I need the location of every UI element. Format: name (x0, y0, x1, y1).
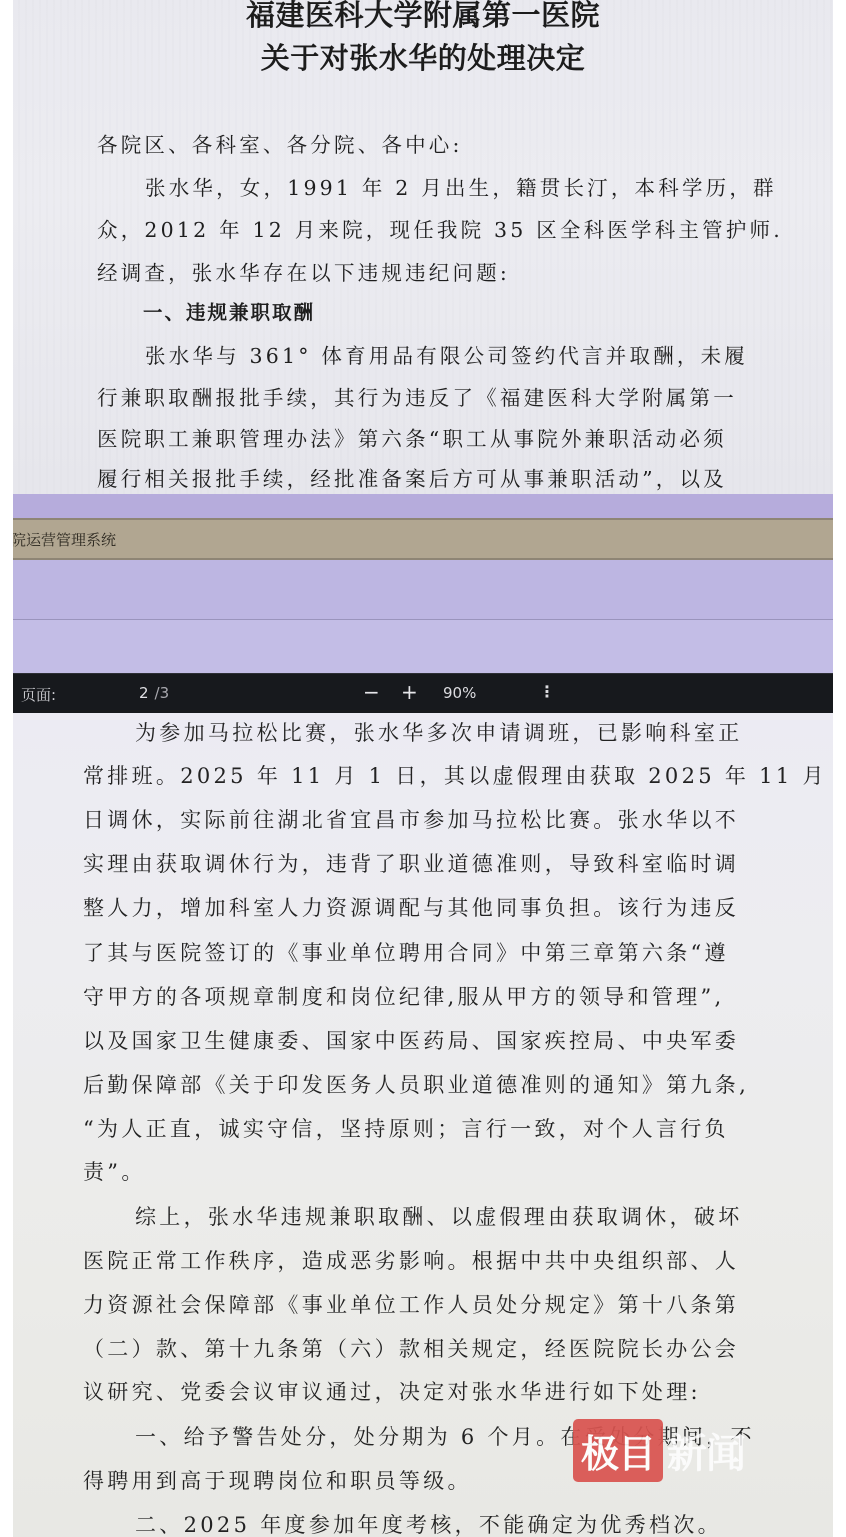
paragraph-line: 常排班。2025 年 11 月 1 日，其以虚假理由获取 2025 年 11 月… (83, 760, 833, 790)
current-page-input[interactable]: 2 (139, 684, 149, 702)
zoom-out-button[interactable]: − (363, 680, 380, 704)
paragraph-line: 履行相关报批手续，经批准备案后方可从事兼职活动”，以及 (97, 462, 727, 492)
pdf-viewer-toolbar: 页面: 2/3 − + 90% ⋮ (13, 673, 833, 714)
paragraph-line: 经调查，张水华存在以下违规违纪问题: (97, 256, 510, 286)
window-background (13, 494, 833, 518)
paragraph-line: 以及国家卫生健康委、国家中医药局、国家疾控局、中央军委 (83, 1025, 739, 1055)
news-watermark: 极目 新闻 (573, 1419, 745, 1481)
paragraph-line: 日调休，实际前往湖北省宜昌市参加马拉松比赛。张水华以不 (83, 804, 739, 834)
more-options-icon[interactable]: ⋮ (539, 682, 555, 701)
monitor-screen: 福建医科大学附属第一医院 关于对张水华的处理决定 各院区、各科室、各分院、各中心… (13, 0, 833, 1537)
document-title-line-1: 福建医科大学附属第一医院 (13, 0, 833, 34)
document-title-line-2: 关于对张水华的处理决定 (13, 36, 833, 77)
zoom-in-button[interactable]: + (401, 680, 418, 704)
watermark-logo-box: 极目 (573, 1419, 663, 1482)
paragraph-line: “为人正直，诚实守信，坚持原则；言行一致，对个人言行负 (83, 1113, 729, 1143)
paragraph-line: （二）款、第十九条第（六）款相关规定，经医院院长办公会 (83, 1333, 739, 1363)
app-subheader-panel (13, 620, 833, 673)
paragraph-line: 实理由获取调休行为，违背了职业道德准则，导致科室临时调 (83, 848, 739, 878)
decision-item-2: 二、2025 年度参加年度考核，不能确定为优秀档次。 (135, 1509, 722, 1537)
paragraph-line: 张水华，女，1991 年 2 月出生，籍贯长汀，本科学历，群 (145, 171, 777, 201)
paragraph-line: 整人力，增加科室人力资源调配与其他同事负担。该行为违反 (83, 892, 739, 922)
paragraph-line: 张水华与 361° 体育用品有限公司签约代言并取酬，未履 (145, 339, 748, 369)
app-title-bar: 院运营管理系统 (13, 518, 833, 560)
page-label: 页面: (21, 684, 56, 705)
app-title: 院运营管理系统 (13, 529, 116, 550)
paragraph-line: 了其与医院签订的《事业单位聘用合同》中第三章第六条“遵 (83, 937, 729, 967)
paragraph-line: 力资源社会保障部《事业单位工作人员处分规定》第十八条第 (83, 1289, 739, 1319)
total-pages: /3 (155, 684, 170, 702)
paragraph-line: 责”。 (83, 1156, 146, 1186)
paragraph-line: 综上，张水华违规兼职取酬、以虚假理由获取调休，破坏 (135, 1201, 743, 1231)
document-page-2: 为参加马拉松比赛，张水华多次申请调班，已影响科室正 常排班。2025 年 11 … (13, 713, 833, 1537)
paragraph-line: 后勤保障部《关于印发医务人员职业道德准则的通知》第九条, (83, 1069, 749, 1099)
document-page-1: 福建医科大学附属第一医院 关于对张水华的处理决定 各院区、各科室、各分院、各中心… (13, 0, 833, 494)
section-heading: 一、违规兼职取酬 (143, 297, 315, 325)
page-indicator[interactable]: 2/3 (139, 684, 169, 702)
paragraph-line: 为参加马拉松比赛，张水华多次申请调班，已影响科室正 (135, 717, 743, 747)
app-header-panel (13, 560, 833, 620)
paragraph-line: 守甲方的各项规章制度和岗位纪律,服从甲方的领导和管理”, (83, 981, 724, 1011)
watermark-logo-text: 新闻 (667, 1422, 745, 1479)
addressee-line: 各院区、各科室、各分院、各中心: (97, 128, 463, 158)
paragraph-line: 医院正常工作秩序，造成恶劣影响。根据中共中央组织部、人 (83, 1245, 739, 1275)
zoom-level[interactable]: 90% (443, 684, 476, 702)
paragraph-line: 医院职工兼职管理办法》第六条“职工从事院外兼职活动必须 (97, 422, 727, 452)
paragraph-line: 行兼职取酬报批手续，其行为违反了《福建医科大学附属第一 (97, 381, 737, 411)
paragraph-line: 得聘用到高于现聘岗位和职员等级。 (83, 1465, 472, 1495)
paragraph-line: 众，2012 年 12 月来院，现任我院 35 区全科医学科主管护师. (97, 213, 783, 243)
paragraph-line: 议研究、党委会议审议通过，决定对张水华进行如下处理: (83, 1376, 701, 1406)
